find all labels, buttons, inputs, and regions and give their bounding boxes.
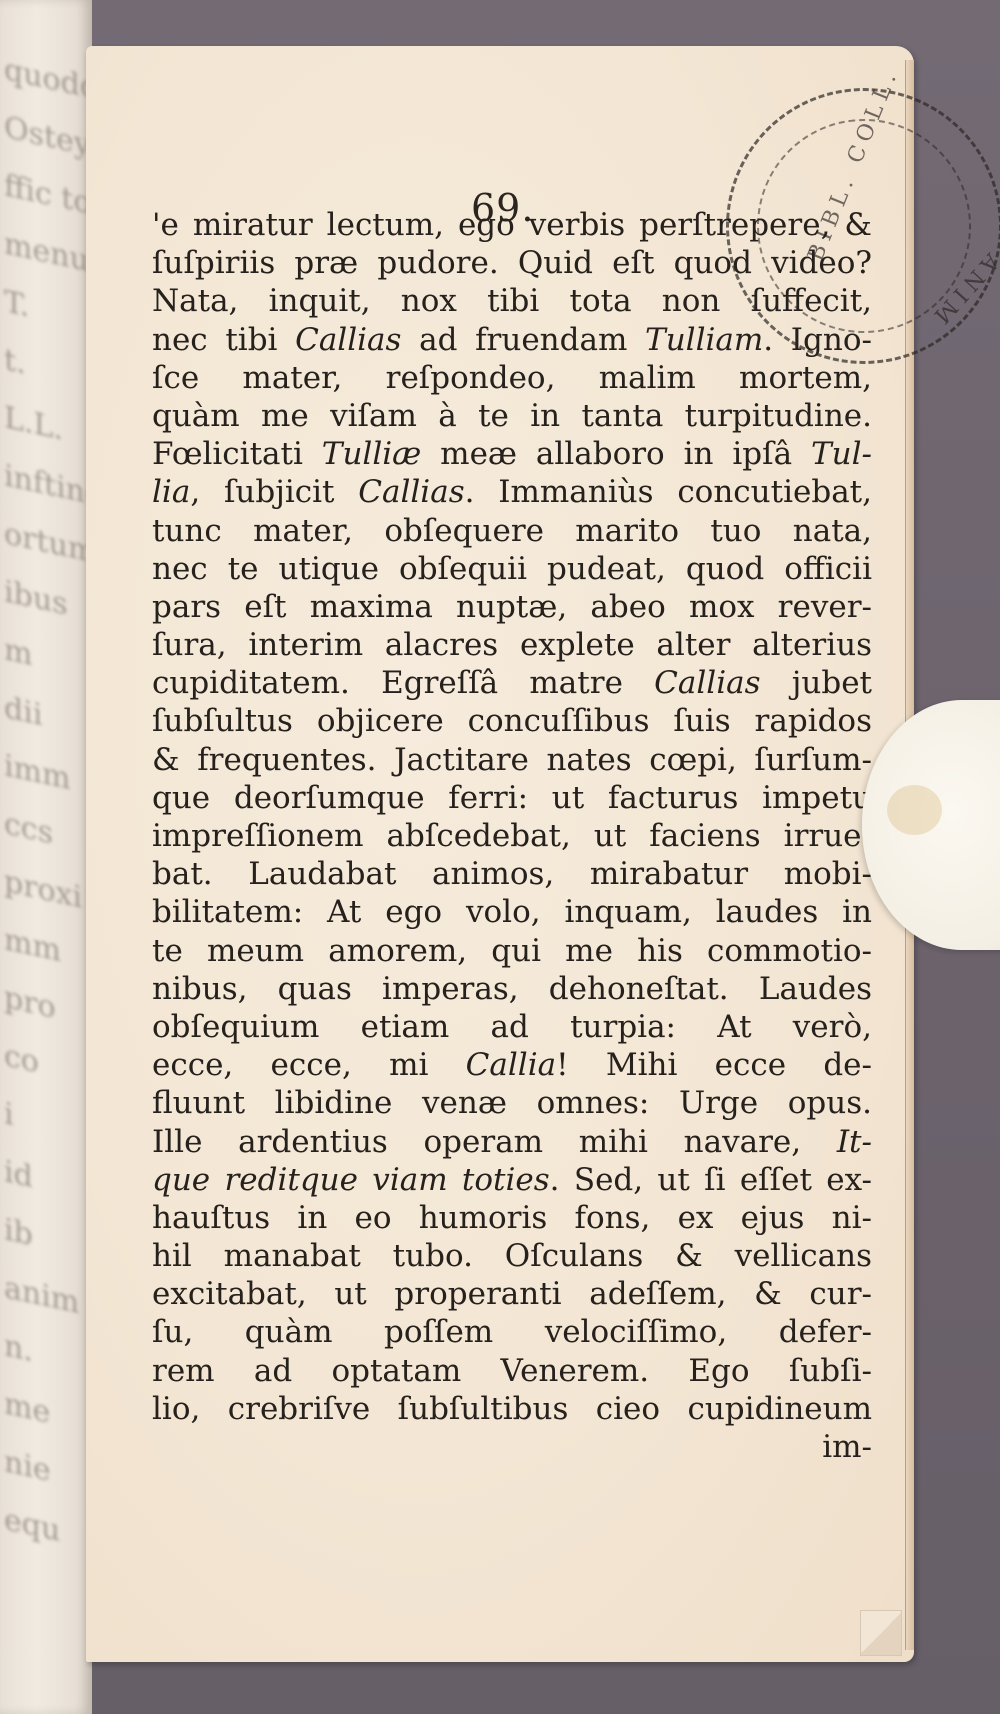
text-span: ſu, quàm poſſem velociſſimo, defer- — [152, 1314, 872, 1350]
text-line: lia, ſubjicit Callias. Immaniùs concutie… — [152, 473, 872, 511]
italic-span: Callia — [466, 1047, 556, 1083]
text-line: nec tibi Callias ad fruendam Tulliam. Ig… — [152, 321, 872, 359]
text-span: ſubſultus objicere concuſſibus ſuis rapi… — [152, 703, 872, 739]
ghost-text: ortum — [4, 515, 88, 571]
ghost-text: equ — [4, 1501, 88, 1557]
text-line: que deorſumque ferri: ut facturus impetu — [152, 779, 872, 817]
ghost-text: dii — [4, 689, 88, 745]
text-line: cupiditatem. Egreſſâ matre Callias jubet — [152, 664, 872, 702]
text-span: ! Mihi ecce de- — [556, 1047, 872, 1083]
text-line: ſce mater, reſpondeo, malim mortem, — [152, 359, 872, 397]
italic-span: It- — [837, 1124, 872, 1160]
text-line: fluunt libidine venæ omnes: Urge opus. — [152, 1084, 872, 1122]
folded-corner — [860, 1610, 902, 1656]
text-line: quàm me viſam à te in tanta turpitudine. — [152, 397, 872, 435]
text-span: , ſubjicit — [190, 474, 358, 510]
ghost-text: id — [4, 1153, 88, 1209]
text-line: ſubſultus objicere concuſſibus ſuis rapi… — [152, 702, 872, 740]
text-span: tunc mater, obſequere marito tuo nata, — [152, 513, 872, 549]
text-line: tunc mater, obſequere marito tuo nata, — [152, 512, 872, 550]
ghost-text: m — [4, 631, 88, 687]
text-span: te meum amorem, qui me his commotio- — [152, 933, 872, 969]
clip-stain — [887, 785, 942, 835]
text-span: rem ad optatam Venerem. Ego ſubſi- — [152, 1353, 872, 1389]
book-page: 69. 'e miratur lectum, ego verbis perſtr… — [86, 46, 914, 1662]
text-span: . Sed, ut ſi eſſet ex- — [550, 1162, 872, 1198]
ghost-text: ffic totam — [4, 167, 88, 223]
text-span: cupiditatem. Egreſſâ matre — [152, 665, 654, 701]
text-span: hauſtus in eo humoris fons, ex ejus ni- — [152, 1200, 872, 1236]
catchword: im- — [152, 1428, 872, 1466]
italic-span: Tulliæ — [322, 436, 422, 472]
text-span: ad fruendam — [401, 322, 645, 358]
text-span: lio, crebriſve ſubſultibus cieo cupidine… — [152, 1391, 872, 1427]
ghost-text: pro — [4, 979, 88, 1035]
text-span: & frequentes. Jactitare nates cœpi, ſurſ… — [152, 742, 872, 778]
text-line: rem ad optatam Venerem. Ego ſubſi- — [152, 1352, 872, 1390]
text-span: quàm me viſam à te in tanta turpitudine. — [152, 398, 872, 434]
ghost-text: n. — [4, 1327, 88, 1383]
ghost-text: imm — [4, 747, 88, 803]
text-span: que deorſumque ferri: ut facturus impetu — [152, 780, 872, 816]
text-line: ecce, ecce, mi Callia! Mihi ecce de- — [152, 1046, 872, 1084]
text-line: que reditque viam toties. Sed, ut ſi eſſ… — [152, 1161, 872, 1199]
ghost-text: quodque — [4, 51, 88, 107]
italic-span: Callias — [295, 322, 401, 358]
text-line: impreſſionem abſcedebat, ut faciens irru… — [152, 817, 872, 855]
text-span: ſce mater, reſpondeo, malim mortem, — [152, 360, 872, 396]
text-span: nec te utique obſequii pudeat, quod offi… — [152, 551, 872, 587]
ghost-text: L.L. — [4, 399, 88, 455]
ghost-text: proxi — [4, 863, 88, 919]
text-span: bilitatem: At ego volo, inquam, laudes i… — [152, 894, 872, 930]
ghost-text: me — [4, 1385, 88, 1441]
italic-span: Tulliam — [645, 322, 763, 358]
body-text: 'e miratur lectum, ego verbis perſtreper… — [152, 206, 872, 1466]
text-span: excitabat, ut properanti adeſſem, & cur- — [152, 1276, 872, 1312]
text-span: meæ allaboro in ipſâ — [421, 436, 811, 472]
text-span: bat. Laudabat animos, mirabatur mobi- — [152, 856, 872, 892]
text-span: hil manabat tubo. Oſculans & vellicans — [152, 1238, 872, 1274]
text-span: nibus, quas imperas, dehoneſtat. Laudes — [152, 971, 872, 1007]
ghost-text: ibus — [4, 573, 88, 629]
text-span: jubet — [761, 665, 872, 701]
text-span: Ille ardentius operam mihi navare, — [152, 1124, 837, 1160]
ghost-text: menula — [4, 225, 88, 281]
text-line: Fœlicitati Tulliæ meæ allaboro in ipſâ T… — [152, 435, 872, 473]
ghost-text: Osteypa — [4, 109, 88, 165]
italic-span: que reditque viam toties — [152, 1162, 550, 1198]
text-span: pars eſt maxima nuptæ, abeo mox rever- — [152, 589, 872, 625]
text-line: ſu, quàm poſſem velociſſimo, defer- — [152, 1313, 872, 1351]
text-span: . Immaniùs concutiebat, — [465, 474, 872, 510]
left-page-leaf: quodqueOsteypaffic totammenulaT.t.L.L.in… — [0, 0, 92, 1714]
text-line: excitabat, ut properanti adeſſem, & cur- — [152, 1275, 872, 1313]
text-line: nec te utique obſequii pudeat, quod offi… — [152, 550, 872, 588]
ghost-text: nie — [4, 1443, 88, 1499]
text-line: ſura, interim alacres explete alter alte… — [152, 626, 872, 664]
text-line: bat. Laudabat animos, mirabatur mobi- — [152, 855, 872, 893]
ghost-text: anim — [4, 1269, 88, 1325]
text-line: obſequium etiam ad turpia: At verò, — [152, 1008, 872, 1046]
italic-span: Callias — [358, 474, 464, 510]
text-span: fluunt libidine venæ omnes: Urge opus. — [152, 1085, 872, 1121]
ghost-text: T. — [4, 283, 88, 339]
text-span: obſequium etiam ad turpia: At verò, — [152, 1009, 872, 1045]
text-span: nec tibi — [152, 322, 295, 358]
text-span: ſura, interim alacres explete alter alte… — [152, 627, 872, 663]
text-line: hauſtus in eo humoris fons, ex ejus ni- — [152, 1199, 872, 1237]
text-span: ecce, ecce, mi — [152, 1047, 466, 1083]
italic-span: Tul- — [811, 436, 872, 472]
text-line: Ille ardentius operam mihi navare, It- — [152, 1123, 872, 1161]
text-line: hil manabat tubo. Oſculans & vellicans — [152, 1237, 872, 1275]
text-span: Fœlicitati — [152, 436, 322, 472]
ghost-text: ib — [4, 1211, 88, 1267]
ghost-text: inftinci — [4, 457, 88, 513]
text-line: lio, crebriſve ſubſultibus cieo cupidine… — [152, 1390, 872, 1428]
text-line: te meum amorem, qui me his commotio- — [152, 932, 872, 970]
ghost-text: ccs — [4, 805, 88, 861]
text-line: & frequentes. Jactitare nates cœpi, ſurſ… — [152, 741, 872, 779]
ghost-text: co — [4, 1037, 88, 1093]
text-line: bilitatem: At ego volo, inquam, laudes i… — [152, 893, 872, 931]
ghost-text: i — [4, 1095, 88, 1151]
text-span: impreſſionem abſcedebat, ut faciens irru… — [152, 818, 872, 854]
italic-span: Callias — [654, 665, 760, 701]
italic-span: lia — [152, 474, 190, 510]
text-line: pars eſt maxima nuptæ, abeo mox rever- — [152, 588, 872, 626]
ghost-text: t. — [4, 341, 88, 397]
ghost-text: mm — [4, 921, 88, 977]
text-line: nibus, quas imperas, dehoneſtat. Laudes — [152, 970, 872, 1008]
